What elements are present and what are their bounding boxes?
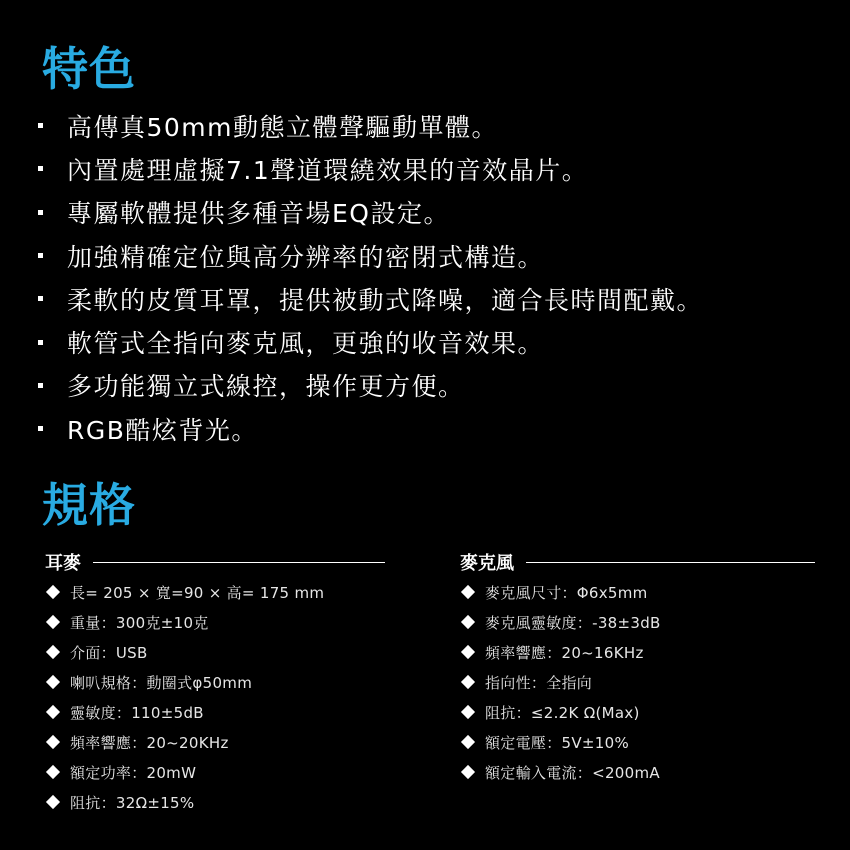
bullet-icon	[38, 383, 43, 388]
spec-item: 額定功率：20mW	[45, 757, 385, 787]
feature-text: 柔軟的皮質耳罩，提供被動式降噪，適合長時間配戴。	[67, 281, 703, 317]
diamond-bullet-icon	[46, 735, 60, 749]
features-list: 高傳真50mm動態立體聲驅動單體。 內置處理虛擬7.1聲道環繞效果的音效晶片。 …	[38, 104, 703, 450]
bullet-icon	[38, 340, 43, 345]
diamond-bullet-icon	[46, 765, 60, 779]
diamond-bullet-icon	[46, 615, 60, 629]
feature-item: 多功能獨立式線控，操作更方便。	[38, 364, 703, 407]
microphone-spec-list: 麥克風尺寸：Φ6x5mm 麥克風靈敏度：-38±3dB 頻率響應：20~16KH…	[460, 577, 815, 787]
diamond-bullet-icon	[46, 705, 60, 719]
feature-text: 高傳真50mm動態立體聲驅動單體。	[67, 108, 498, 144]
feature-item: 加強精確定位與高分辨率的密閉式構造。	[38, 234, 703, 277]
diamond-bullet-icon	[461, 585, 475, 599]
spec-text: 頻率響應：20~20KHz	[70, 732, 229, 753]
diamond-bullet-icon	[461, 645, 475, 659]
spec-item: 額定輸入電流：<200mA	[460, 757, 815, 787]
spec-text: 介面：USB	[70, 642, 148, 663]
spec-item: 頻率響應：20~20KHz	[45, 727, 385, 757]
bullet-icon	[38, 426, 43, 431]
feature-text: 內置處理虛擬7.1聲道環繞效果的音效晶片。	[67, 151, 588, 187]
feature-item: RGB酷炫背光。	[38, 407, 703, 450]
spec-text: 喇叭規格：動圈式φ50mm	[70, 672, 252, 693]
spec-text: 長= 205 × 寬=90 × 高= 175 mm	[70, 582, 324, 603]
spec-item: 長= 205 × 寬=90 × 高= 175 mm	[45, 577, 385, 607]
spec-text: 靈敏度：110±5dB	[70, 702, 204, 723]
microphone-specs: 麥克風 麥克風尺寸：Φ6x5mm 麥克風靈敏度：-38±3dB 頻率響應：20~…	[460, 547, 815, 787]
features-title: 特色	[42, 46, 136, 92]
feature-text: 多功能獨立式線控，操作更方便。	[67, 367, 465, 403]
spec-item: 介面：USB	[45, 637, 385, 667]
feature-item: 高傳真50mm動態立體聲驅動單體。	[38, 104, 703, 147]
diamond-bullet-icon	[46, 645, 60, 659]
divider	[526, 562, 815, 563]
headset-heading-label: 耳麥	[45, 549, 81, 575]
spec-item: 額定電壓：5V±10%	[460, 727, 815, 757]
headset-heading: 耳麥	[45, 547, 385, 577]
spec-item: 頻率響應：20~16KHz	[460, 637, 815, 667]
feature-item: 專屬軟體提供多種音場EQ設定。	[38, 191, 703, 234]
feature-text: 加強精確定位與高分辨率的密閉式構造。	[67, 238, 544, 274]
feature-text: 軟管式全指向麥克風，更強的收音效果。	[67, 324, 544, 360]
spec-item: 麥克風靈敏度：-38±3dB	[460, 607, 815, 637]
spec-text: 指向性：全指向	[485, 672, 592, 693]
bullet-icon	[38, 166, 43, 171]
spec-item: 阻抗：32Ω±15%	[45, 787, 385, 817]
divider	[93, 562, 385, 563]
spec-text: 額定功率：20mW	[70, 762, 196, 783]
spec-text: 頻率響應：20~16KHz	[485, 642, 644, 663]
diamond-bullet-icon	[46, 675, 60, 689]
spec-item: 喇叭規格：動圈式φ50mm	[45, 667, 385, 697]
feature-item: 內置處理虛擬7.1聲道環繞效果的音效晶片。	[38, 147, 703, 190]
spec-text: 重量：300克±10克	[70, 612, 209, 633]
spec-item: 靈敏度：110±5dB	[45, 697, 385, 727]
spec-text: 麥克風尺寸：Φ6x5mm	[485, 582, 648, 603]
spec-text: 額定電壓：5V±10%	[485, 732, 629, 753]
microphone-heading-label: 麥克風	[460, 549, 514, 575]
diamond-bullet-icon	[461, 615, 475, 629]
headset-specs: 耳麥 長= 205 × 寬=90 × 高= 175 mm 重量：300克±10克…	[45, 547, 385, 817]
spec-item: 指向性：全指向	[460, 667, 815, 697]
bullet-icon	[38, 210, 43, 215]
diamond-bullet-icon	[461, 765, 475, 779]
spec-text: 麥克風靈敏度：-38±3dB	[485, 612, 661, 633]
spec-text: 阻抗：32Ω±15%	[70, 792, 194, 813]
headset-spec-list: 長= 205 × 寬=90 × 高= 175 mm 重量：300克±10克 介面…	[45, 577, 385, 817]
diamond-bullet-icon	[461, 735, 475, 749]
bullet-icon	[38, 296, 43, 301]
spec-item: 麥克風尺寸：Φ6x5mm	[460, 577, 815, 607]
diamond-bullet-icon	[46, 795, 60, 809]
diamond-bullet-icon	[46, 585, 60, 599]
feature-item: 柔軟的皮質耳罩，提供被動式降噪，適合長時間配戴。	[38, 277, 703, 320]
feature-text: 專屬軟體提供多種音場EQ設定。	[67, 194, 450, 230]
microphone-heading: 麥克風	[460, 547, 815, 577]
bullet-icon	[38, 253, 43, 258]
spec-text: 阻抗：≤2.2K Ω(Max)	[485, 702, 640, 723]
specs-title: 規格	[42, 482, 136, 528]
diamond-bullet-icon	[461, 675, 475, 689]
spec-item: 重量：300克±10克	[45, 607, 385, 637]
feature-item: 軟管式全指向麥克風，更強的收音效果。	[38, 320, 703, 363]
diamond-bullet-icon	[461, 705, 475, 719]
bullet-icon	[38, 123, 43, 128]
feature-text: RGB酷炫背光。	[67, 411, 258, 447]
spec-item: 阻抗：≤2.2K Ω(Max)	[460, 697, 815, 727]
spec-text: 額定輸入電流：<200mA	[485, 762, 660, 783]
